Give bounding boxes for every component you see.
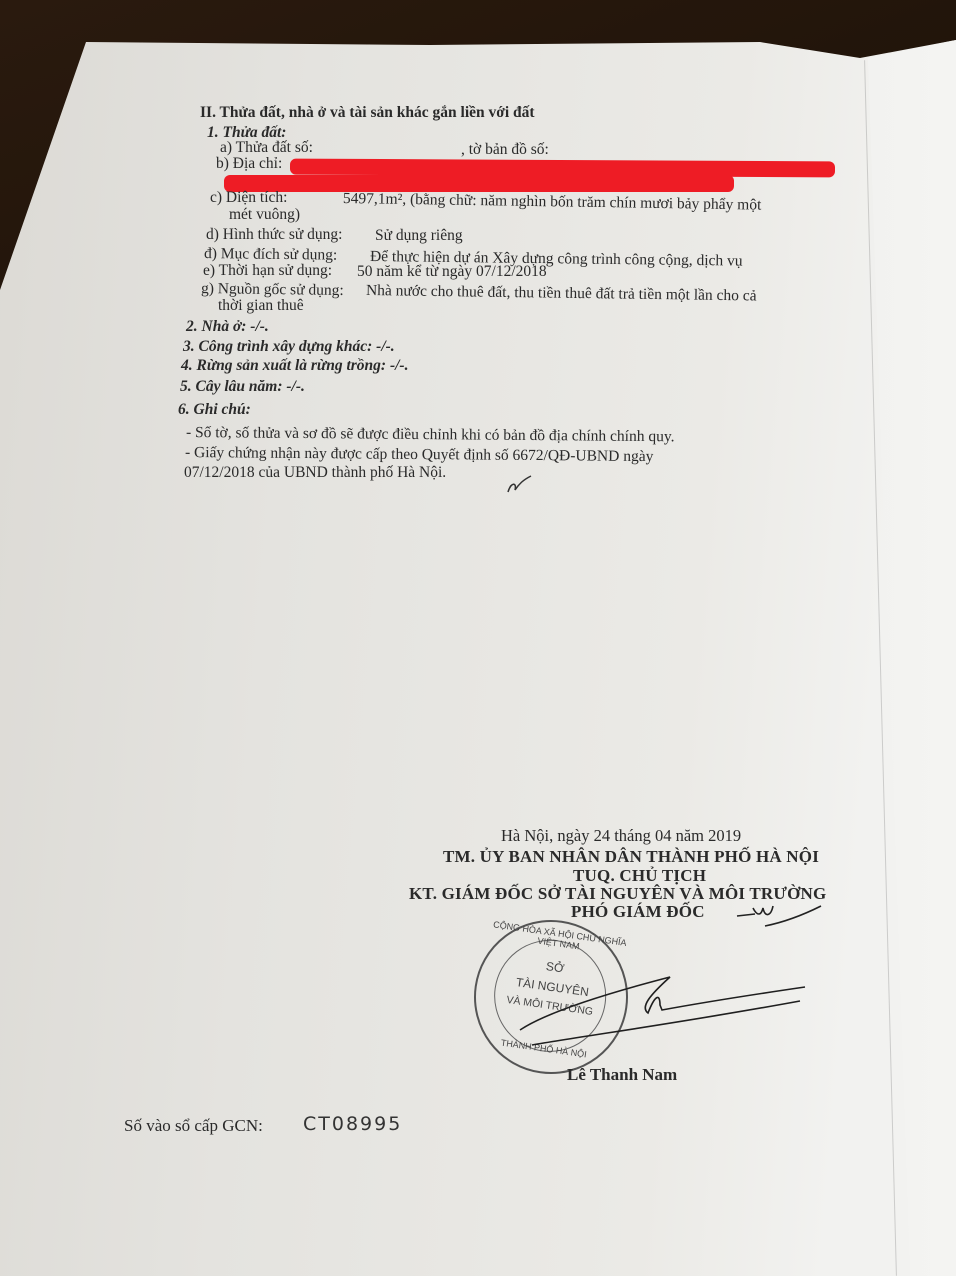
usage-form-label: d) Hình thức sử dụng: <box>206 226 343 244</box>
signature-initial-icon <box>735 896 825 936</box>
map-sheet-label: , tờ bản đồ số: <box>461 141 549 159</box>
address-label: b) Địa chỉ: <box>216 155 282 173</box>
usage-form-value: Sử dụng riêng <box>375 227 463 245</box>
origin-value-cont: thời gian thuê <box>218 297 304 315</box>
authority-line: TUQ. CHỦ TỊCH <box>573 866 706 886</box>
handwritten-signature-icon <box>510 965 810 1055</box>
initials-mark-icon <box>505 474 535 496</box>
area-label: c) Diện tích: <box>210 189 287 207</box>
registry-label: Số vào sổ cấp GCN: <box>124 1117 263 1135</box>
signer-name: Lê Thanh Nam <box>567 1066 677 1084</box>
item-perennial-trees: 5. Cây lâu năm: -/-. <box>180 378 305 396</box>
redaction-bar <box>224 175 734 192</box>
authority-line: TM. ỦY BAN NHÂN DÂN THÀNH PHỐ HÀ NỘI <box>443 847 819 867</box>
item-other-construction: 3. Công trình xây dựng khác: -/-. <box>183 338 395 356</box>
area-value-cont: mét vuông) <box>229 206 300 224</box>
signature-date: Hà Nội, ngày 24 tháng 04 năm 2019 <box>501 827 741 845</box>
section-title: II. Thửa đất, nhà ở và tài sản khác gắn … <box>200 104 535 122</box>
authority-line: PHÓ GIÁM ĐỐC <box>571 902 705 922</box>
term-value: 50 năm kể từ ngày 07/12/2018 <box>357 263 547 281</box>
item-house: 2. Nhà ở: -/-. <box>186 318 269 336</box>
term-label: e) Thời hạn sử dụng: <box>203 262 332 280</box>
note-line: 07/12/2018 của UBND thành phố Hà Nội. <box>184 464 446 482</box>
item-notes-heading: 6. Ghi chú: <box>178 401 251 419</box>
registry-number: CT08995 <box>303 1115 402 1133</box>
item-production-forest: 4. Rừng sản xuất là rừng trồng: -/-. <box>181 357 408 375</box>
